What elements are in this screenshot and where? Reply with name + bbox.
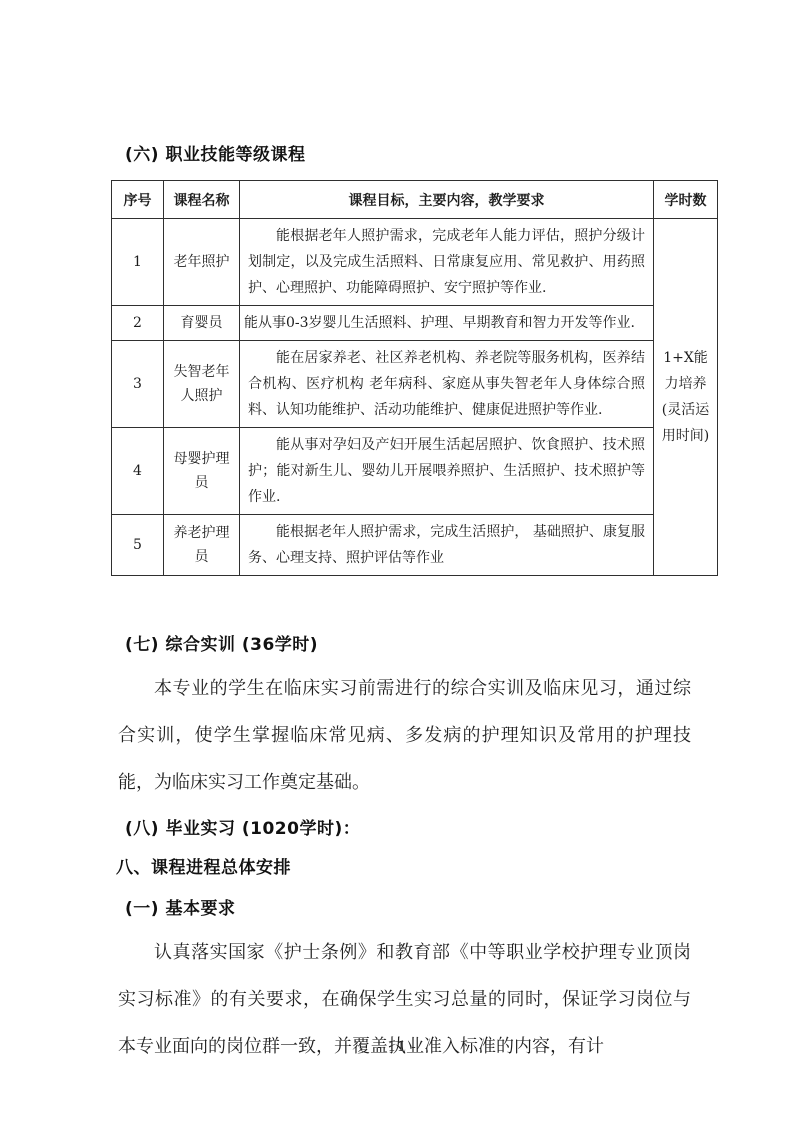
row-number-cell: 3 [112, 341, 164, 428]
table-row: 5养老护理员能根据老年人照护需求，完成生活照护， 基础照护、康复服务、心理支持、… [112, 515, 718, 576]
course-content-cell: 能从事对孕妇及产妇开展生活起居照护、饮食照护、技术照护；能对新生儿、婴幼儿开展喂… [240, 428, 654, 515]
col-header-no: 序号 [112, 181, 164, 219]
section-six-heading: (六) 职业技能等级课程 [125, 140, 717, 165]
row-number-cell: 4 [112, 428, 164, 515]
section-seven-heading: (七) 综合实训 (36学时) [125, 630, 717, 655]
course-name-cell: 老年照护 [164, 219, 240, 306]
table-header-row: 序号 课程名称 课程目标，主要内容，教学要求 学时数 [112, 181, 718, 219]
col-header-hours: 学时数 [654, 181, 718, 219]
section-eight-heading: (八) 毕业实习 (1020学时)： [125, 814, 717, 839]
col-header-name: 课程名称 [164, 181, 240, 219]
course-table: 序号 课程名称 课程目标，主要内容，教学要求 学时数 1老年照护能根据老年人照护… [111, 180, 718, 576]
basic-requirements-heading: (一) 基本要求 [125, 894, 717, 919]
course-name-cell: 育婴员 [164, 306, 240, 341]
course-name-cell: 母婴护理员 [164, 428, 240, 515]
course-name-cell: 养老护理员 [164, 515, 240, 576]
section-seven-paragraph: 本专业的学生在临床实习前需进行的综合实训及临床见习，通过综合实训，使学生掌握临床… [118, 665, 691, 806]
course-content-cell: 能根据老年人照护需求，完成老年人能力评估，照护分级计划制定，以及完成生活照料、日… [240, 219, 654, 306]
course-name-cell: 失智老年人照护 [164, 341, 240, 428]
course-content-cell: 能在居家养老、社区养老机构、养老院等服务机构，医养结合机构、医疗机构 老年病科、… [240, 341, 654, 428]
col-header-content: 课程目标，主要内容，教学要求 [240, 181, 654, 219]
course-content-cell: 能根据老年人照护需求，完成生活照护， 基础照护、康复服务、心理支持、照护评估等作… [240, 515, 654, 576]
page-content: (六) 职业技能等级课程 序号 课程名称 课程目标，主要内容，教学要求 学时数 … [0, 0, 794, 1070]
course-content-cell: 能从事0-3岁婴儿生活照料、护理、早期教育和智力开发等作业. [240, 306, 654, 341]
row-number-cell: 1 [112, 219, 164, 306]
table-row: 4母婴护理员能从事对孕妇及产妇开展生活起居照护、饮食照护、技术照护；能对新生儿、… [112, 428, 718, 515]
row-number-cell: 2 [112, 306, 164, 341]
row-number-cell: 5 [112, 515, 164, 576]
document-page: (六) 职业技能等级课程 序号 课程名称 课程目标，主要内容，教学要求 学时数 … [0, 0, 794, 1123]
table-row: 2育婴员能从事0-3岁婴儿生活照料、护理、早期教育和智力开发等作业. [112, 306, 718, 341]
chapter-eight-heading: 八、课程进程总体安排 [116, 853, 717, 878]
table-row: 3失智老年人照护能在居家养老、社区养老机构、养老院等服务机构，医养结合机构、医疗… [112, 341, 718, 428]
table-row: 1老年照护能根据老年人照护需求，完成老年人能力评估，照护分级计划制定，以及完成生… [112, 219, 718, 306]
page-number: - 11 - [0, 1040, 794, 1055]
hours-merged-cell: 1+X能力培养(灵活运用时间) [654, 219, 718, 576]
